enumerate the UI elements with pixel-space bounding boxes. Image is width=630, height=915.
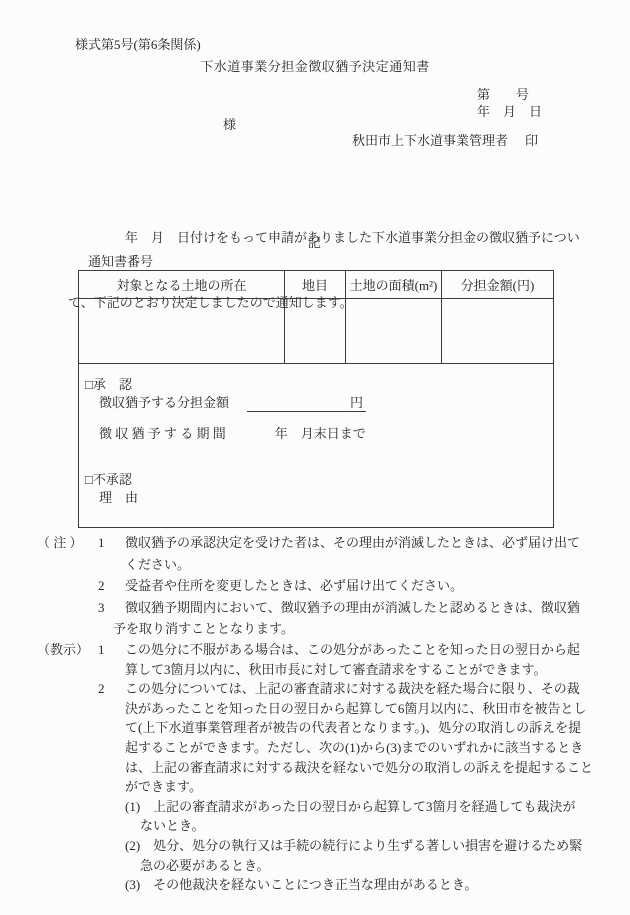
instruction-heading: （教示） — [37, 640, 98, 660]
note-number: 1 — [98, 532, 125, 554]
decision-table: 対象となる土地の所在 地目 土地の面積(m²) 分担金額(円) □承 認 徴収猶… — [78, 270, 554, 528]
notes-section: （ 注 ）1徴収猶予の承認決定を受けた者は、その理由が消滅したときは、必ず届け出… — [37, 532, 593, 640]
instruction-text: (3) その他裁決を経ないことにつき正当な理由があるとき。 — [125, 875, 477, 895]
header-land-category: 地目 — [285, 271, 346, 298]
instruction-line: は、上記の審査請求に対する裁決を経ないで処分の取消しの訴えを提起すること — [37, 758, 593, 778]
instruction-text: (2) 処分、処分の執行又は手続の続行により生ずる著しい損害を避けるため緊 — [125, 836, 582, 856]
instruction-text: ができます。 — [125, 777, 202, 797]
instruction-line: ができます。 — [37, 777, 593, 797]
deferral-period-value: 年 月末日まで — [275, 426, 366, 441]
approval-checkbox-label: □承 認 — [85, 374, 132, 393]
instruction-line: 2この処分については、上記の審査請求に対する裁決を経た場合に限り、その裁 — [37, 679, 593, 699]
note-line: 3徴収猶予期間内において、徴収猶予の理由が消滅したと認めるときは、徴収猶 — [37, 597, 593, 619]
instruction-text: この処分に不服がある場合は、この処分があったことを知った日の翌日から起 — [125, 640, 580, 660]
scanned-form-page: 様式第5号(第6条関係) 下水道事業分担金徴収猶予決定通知書 第 号 年 月 日… — [0, 0, 630, 915]
instruction-section: （教示）1この処分に不服がある場合は、この処分があったことを知った日の翌日から起… — [37, 640, 593, 895]
instruction-text: 決があったことを知った日の翌日から起算して6箇月以内に、秋田市を被告とし — [125, 699, 586, 719]
table-header-row: 対象となる土地の所在 地目 土地の面積(m²) 分担金額(円) — [79, 271, 553, 299]
note-line: 2受益者や住所を変更したときは、必ず届け出てください。 — [37, 575, 593, 597]
note-text: ください。 — [125, 554, 190, 576]
instruction-line: (3) その他裁決を経ないことにつき正当な理由があるとき。 — [37, 875, 593, 895]
note-line: （ 注 ）1徴収猶予の承認決定を受けた者は、その理由が消滅したときは、必ず届け出… — [37, 532, 593, 554]
deferral-period-row: 徴 収 猶 予 す る 期 間年 月末日まで — [99, 423, 366, 442]
instruction-line: 算して3箇月以内に、秋田市長に対して審査請求をすることができます。 — [37, 660, 593, 680]
cell-land-area — [346, 299, 442, 363]
instruction-text: この処分については、上記の審査請求に対する裁決を経た場合に限り、その裁 — [125, 679, 580, 699]
cell-land-location — [79, 299, 285, 363]
deferred-amount-label: 徴収猶予する分担金額 — [99, 395, 229, 410]
note-line: 予を取り消すこととなります。 — [37, 618, 593, 640]
instruction-number: 1 — [98, 640, 125, 660]
note-text: 受益者や住所を変更したときは、必ず届け出てください。 — [125, 575, 463, 597]
issuer-line: 秋田市上下水道事業管理者印 — [352, 130, 538, 149]
note-line: ください。 — [37, 554, 593, 576]
form-number-label: 様式第5号(第6条関係) — [75, 34, 201, 53]
instruction-text: は、上記の審査請求に対する裁決を経ないで処分の取消しの訴えを提起すること — [125, 758, 593, 778]
cell-land-category — [285, 299, 346, 363]
notes-heading: （ 注 ） — [37, 532, 98, 554]
note-number: 3 — [98, 597, 125, 619]
instruction-line: て(上下水道事業管理者が被告の代表者となります。)、処分の取消しの訴えを提 — [37, 718, 593, 738]
deferred-amount-row: 徴収猶予する分担金額円 — [99, 392, 366, 412]
note-number: 2 — [98, 575, 125, 597]
instruction-text: 起することができます。ただし、次の(1)から(3)までのいずれかに該当するとき — [125, 738, 583, 758]
table-row — [79, 299, 553, 364]
document-title: 下水道事業分担金徴収猶予決定通知書 — [0, 56, 630, 75]
instruction-line: (1) 上記の審査請求があった日の翌日から起算して3箇月を経過しても裁決が — [37, 797, 593, 817]
instruction-line: 起することができます。ただし、次の(1)から(3)までのいずれかに該当するとき — [37, 738, 593, 758]
instruction-text: 算して3箇月以内に、秋田市長に対して審査請求をすることができます。 — [125, 660, 546, 680]
instruction-line: 決があったことを知った日の翌日から起算して6箇月以内に、秋田市を被告とし — [37, 699, 593, 719]
seal-mark: 印 — [525, 133, 538, 148]
note-text: 徴収猶予の承認決定を受けた者は、その理由が消滅したときは、必ず届け出て — [125, 532, 580, 554]
instruction-text: (1) 上記の審査請求があった日の翌日から起算して3箇月を経過しても裁決が — [125, 797, 576, 817]
instruction-line: ないとき。 — [37, 816, 593, 836]
instruction-text: て(上下水道事業管理者が被告の代表者となります。)、処分の取消しの訴えを提 — [125, 718, 581, 738]
deferral-period-label: 徴 収 猶 予 す る 期 間 — [99, 426, 226, 441]
instruction-text: ないとき。 — [125, 816, 204, 836]
instruction-number: 2 — [98, 679, 125, 699]
cell-contribution-amount — [442, 299, 553, 363]
note-text: 予を取り消すこととなります。 — [113, 618, 294, 640]
instruction-line: (2) 処分、処分の執行又は手続の続行により生ずる著しい損害を避けるため緊 — [37, 836, 593, 856]
instruction-line: （教示）1この処分に不服がある場合は、この処分があったことを知った日の翌日から起 — [37, 640, 593, 660]
header-land-location: 対象となる土地の所在 — [79, 271, 285, 298]
issue-date-blank: 年 月 日 — [477, 101, 542, 120]
instruction-text: 急の必要があるとき。 — [125, 856, 269, 876]
decision-detail-cell: □承 認 徴収猶予する分担金額円 徴 収 猶 予 す る 期 間年 月末日まで … — [79, 364, 553, 527]
disapproval-checkbox-label: □不承認 — [85, 469, 132, 488]
header-land-area: 土地の面積(m²) — [346, 271, 442, 298]
record-mark: 記 — [0, 232, 630, 251]
note-text: 徴収猶予期間内において、徴収猶予の理由が消滅したと認めるときは、徴収猶 — [125, 597, 580, 619]
addressee-suffix: 様 — [223, 114, 236, 133]
deferred-amount-blank: 円 — [247, 392, 366, 412]
disapproval-reason-label: 理 由 — [99, 487, 138, 506]
header-contribution-amount: 分担金額(円) — [442, 271, 553, 298]
instruction-line: 急の必要があるとき。 — [37, 856, 593, 876]
issuer-name: 秋田市上下水道事業管理者 — [352, 133, 508, 148]
notice-number-label: 通知書番号 — [88, 251, 153, 270]
